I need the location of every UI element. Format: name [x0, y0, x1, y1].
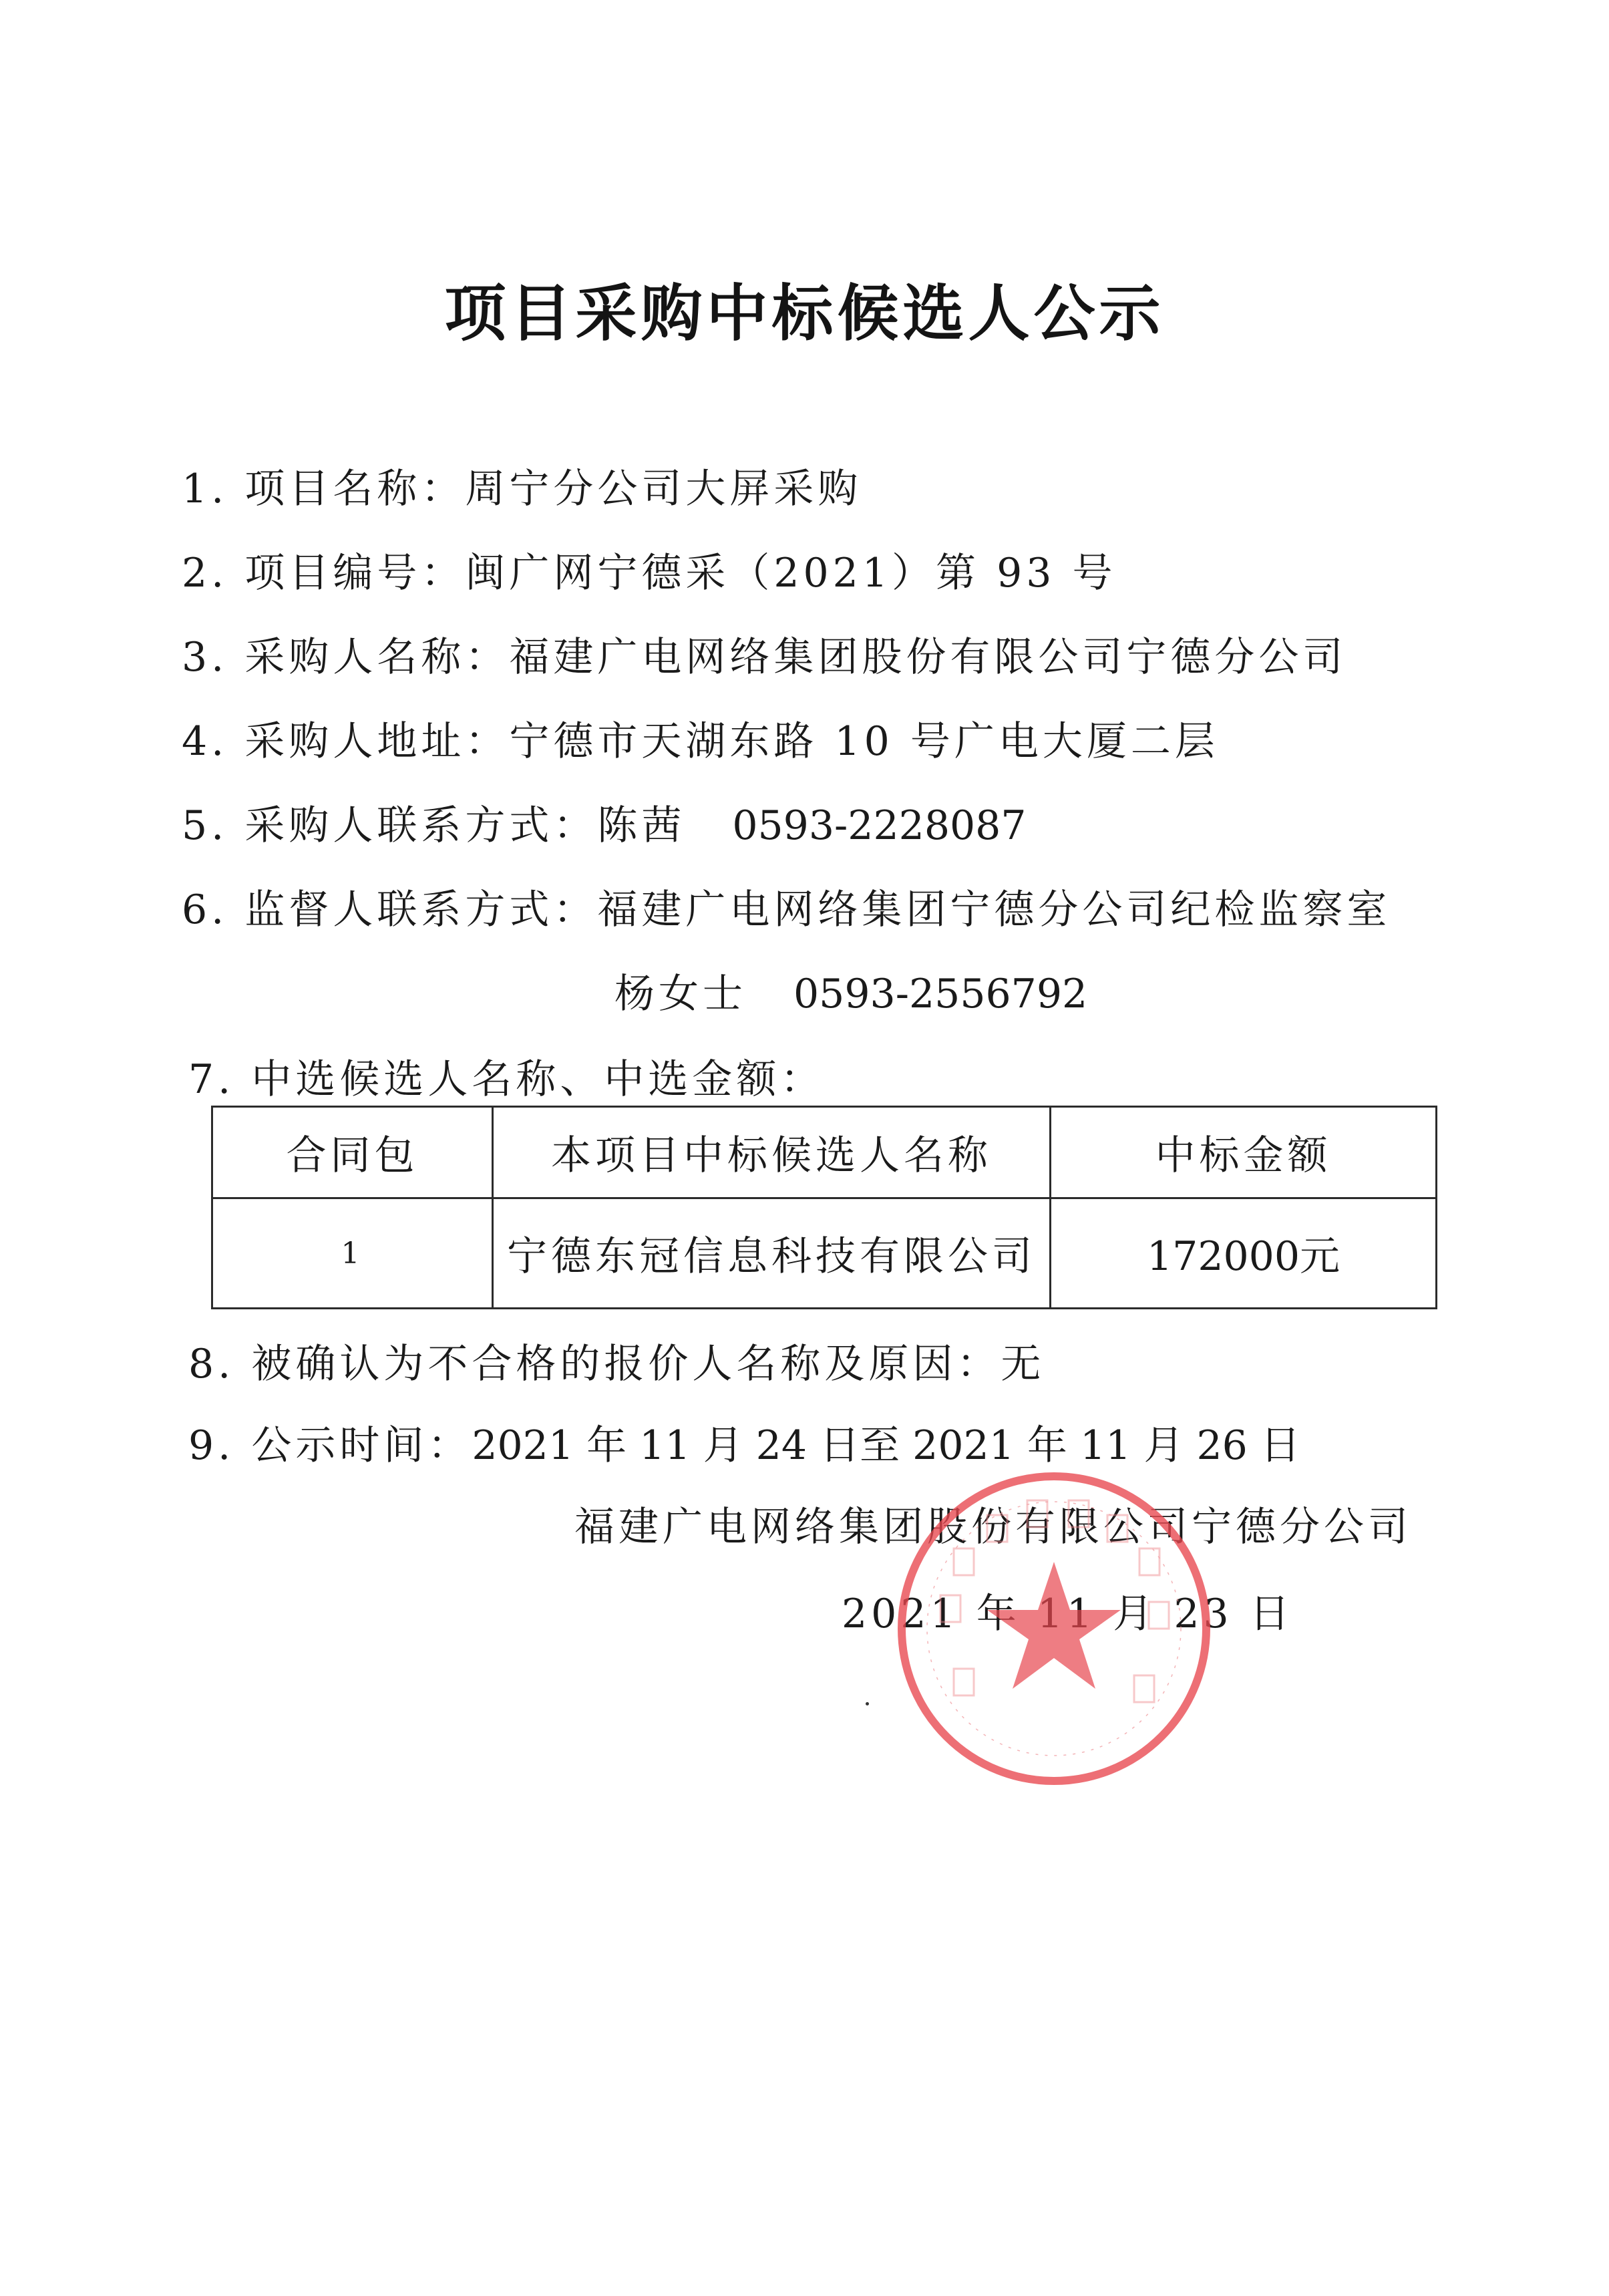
cell-contract-package: 1 — [212, 1198, 493, 1309]
item-project-number: 2. 项目编号：闽广网宁德采（2021）第 93 号 — [182, 549, 1117, 597]
item-purchaser-address: 4. 采购人地址：宁德市天湖东路 10 号广电大厦二层 — [182, 717, 1219, 766]
item-publicity-period: 9. 公示时间：2021 年 11 月 24 日至 2021 年 11 月 26… — [188, 1422, 1300, 1470]
item-disqualified-bidders: 8. 被确认为不合格的报价人名称及原因：无 — [188, 1340, 1045, 1388]
header-candidate-name: 本项目中标候选人名称 — [493, 1107, 1051, 1198]
item-label: 5. 采购人联系方式： — [182, 802, 597, 849]
item-label: 7. 中选候选人名称、中选金额： — [188, 1056, 824, 1103]
contact-name: 杨女士 — [614, 971, 747, 1017]
item-value: 无 — [1001, 1341, 1045, 1387]
supervisor-contact-detail: 杨女士0593-2556792 — [614, 970, 1087, 1018]
contact-phone: 0593-2556792 — [793, 971, 1087, 1017]
item-value: 宁德市天湖东路 10 号广电大厦二层 — [509, 718, 1219, 765]
item-value: 闽广网宁德采（2021）第 93 号 — [465, 550, 1116, 597]
candidate-table: 合同包 本项目中标候选人名称 中标金额 1 宁德东冠信息科技有限公司 17200… — [211, 1106, 1437, 1309]
contact-phone: 0593-2228087 — [732, 802, 1026, 849]
item-purchaser-contact: 5. 采购人联系方式：陈茜0593-2228087 — [182, 802, 1027, 850]
item-label: 2. 项目编号： — [182, 550, 465, 597]
item-value: 福建广电网络集团宁德分公司纪检监察室 — [597, 886, 1391, 933]
item-value: 福建广电网络集团股份有限公司宁德分公司 — [509, 634, 1347, 681]
contact-name: 陈茜 — [597, 802, 685, 849]
item-purchaser-name: 3. 采购人名称：福建广电网络集团股份有限公司宁德分公司 — [182, 633, 1347, 681]
item-label: 9. 公示时间： — [188, 1422, 472, 1469]
item-label: 3. 采购人名称： — [182, 634, 509, 681]
document-page: 项目采购中标候选人公示 1. 项目名称：周宁分公司大屏采购 2. 项目编号：闽广… — [0, 0, 1609, 2296]
table-header-row: 合同包 本项目中标候选人名称 中标金额 — [212, 1107, 1437, 1198]
table-row: 1 宁德东冠信息科技有限公司 172000元 — [212, 1198, 1437, 1309]
item-label: 1. 项目名称： — [182, 466, 465, 512]
item-label: 8. 被确认为不合格的报价人名称及原因： — [188, 1341, 1001, 1387]
item-candidate-heading: 7. 中选候选人名称、中选金额： — [188, 1055, 824, 1104]
page-title: 项目采购中标候选人公示 — [0, 277, 1609, 351]
header-bid-amount: 中标金额 — [1051, 1107, 1437, 1198]
signature-date: 2021 年 11 月 23 日 — [842, 1590, 1294, 1638]
scan-speck — [866, 1702, 869, 1705]
item-value: 周宁分公司大屏采购 — [465, 466, 862, 512]
item-value: 2021 年 11 月 24 日至 2021 年 11 月 26 日 — [472, 1422, 1300, 1469]
item-project-name: 1. 项目名称：周宁分公司大屏采购 — [182, 465, 862, 513]
header-contract-package: 合同包 — [212, 1107, 493, 1198]
item-label: 6. 监督人联系方式： — [182, 886, 597, 933]
cell-candidate-name: 宁德东冠信息科技有限公司 — [493, 1198, 1051, 1309]
cell-bid-amount: 172000元 — [1051, 1198, 1437, 1309]
item-supervisor-contact: 6. 监督人联系方式：福建广电网络集团宁德分公司纪检监察室 — [182, 886, 1391, 934]
signature-organization: 福建广电网络集团股份有限公司宁德分公司 — [574, 1503, 1412, 1551]
item-label: 4. 采购人地址： — [182, 718, 509, 765]
